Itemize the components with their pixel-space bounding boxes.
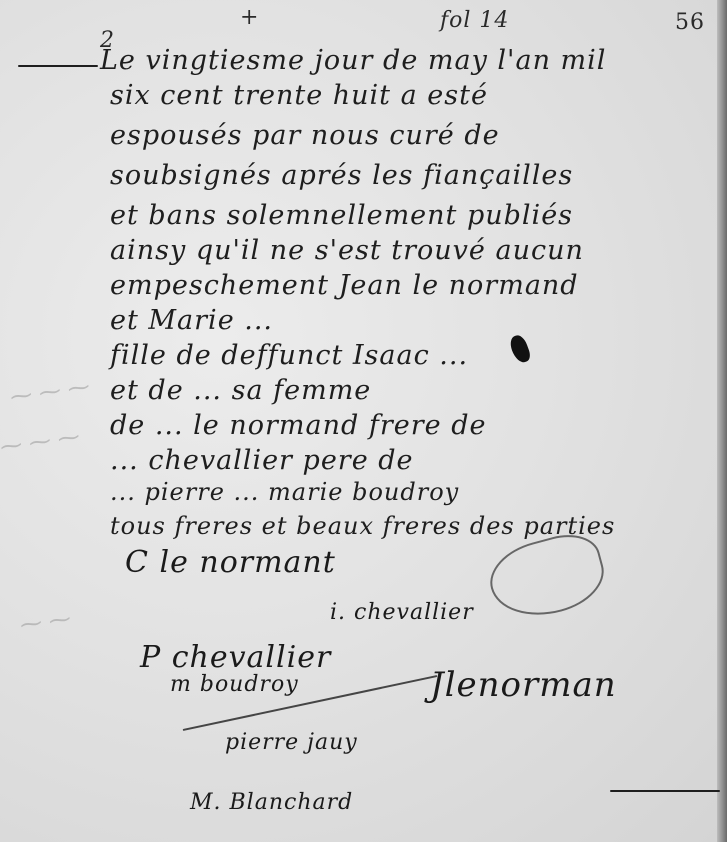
signature: i. chevallier <box>330 600 474 625</box>
text-line: et bans solemnellement publiés <box>110 200 573 231</box>
signature: Jlenorman <box>430 665 617 705</box>
bleed-through-text: ⁓ ⁓ <box>19 607 73 639</box>
pen-stroke <box>18 65 98 67</box>
bleed-through-text: ⁓ ⁓ ⁓ <box>0 425 81 461</box>
signature: C le normant <box>125 545 336 580</box>
manuscript-page: ⁓ ⁓ ⁓ ⁓ ⁓ ⁓ ⁓ ⁓ 2 + fol 14 56 Le vingtie… <box>0 0 727 842</box>
text-line: tous freres et beaux freres des parties <box>110 512 615 540</box>
text-line: et de ... sa femme <box>110 375 371 406</box>
pen-stroke <box>610 790 720 792</box>
ink-blot <box>508 333 533 365</box>
signature: P chevallier <box>140 640 331 675</box>
page-edge <box>717 0 727 842</box>
text-line: empeschement Jean le normand <box>110 270 579 301</box>
signature: M. Blanchard <box>190 790 353 815</box>
text-line: fille de deffunct Isaac ... <box>110 340 468 371</box>
text-line: espousés par nous curé de <box>110 120 500 151</box>
cross-mark: + <box>240 5 259 30</box>
text-line: ... pierre ... marie boudroy <box>110 478 459 506</box>
text-line: ainsy qu'il ne s'est trouvé aucun <box>110 235 584 266</box>
text-line: Le vingtiesme jour de may l'an mil <box>100 45 606 76</box>
text-line: six cent trente huit a esté <box>110 80 488 111</box>
folio-label: fol 14 <box>440 8 509 33</box>
signature: pierre jauy <box>225 730 358 755</box>
page-number: 56 <box>675 10 705 35</box>
text-line: et Marie ... <box>110 305 273 336</box>
text-line: ... chevallier pere de <box>110 445 414 476</box>
text-line: soubsignés aprés les fiançailles <box>110 160 573 191</box>
hand-drawn-mark <box>482 527 611 628</box>
text-line: de ... le normand frere de <box>110 410 487 441</box>
bleed-through-text: ⁓ ⁓ ⁓ <box>9 375 92 411</box>
signature: m boudroy <box>170 672 299 697</box>
